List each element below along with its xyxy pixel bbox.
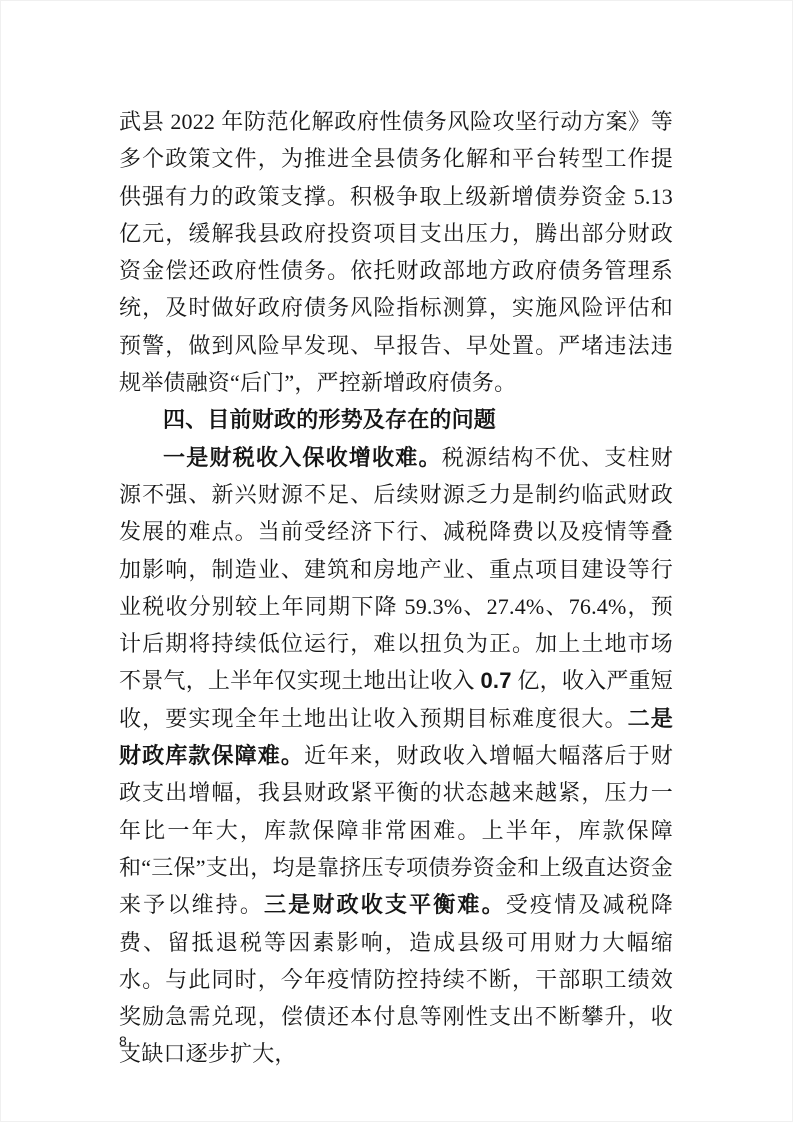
paragraph: 武县 2022 年防范化解政府性债务风险攻坚行动方案》等多个政策文件，为推进全县… [119,103,673,401]
text-run: 武县 2022 年防范化解政府性债务风险攻坚行动方案》等多个政策文件，为推进全县… [119,109,673,395]
bold-text-run: 0.7 [480,668,511,693]
section-heading: 四、目前财政的形势及存在的问题 [119,401,673,438]
document-page: 武县 2022 年防范化解政府性债务风险攻坚行动方案》等多个政策文件，为推进全县… [0,0,793,1122]
text-run: 税源结构不优、支柱财源不强、新兴财源不足、后续财源乏力是制约临武财政发展的难点。… [119,445,673,694]
document-body: 武县 2022 年防范化解政府性债务风险攻坚行动方案》等多个政策文件，为推进全县… [119,103,673,1073]
bold-text-run: 一是财税收入保收增收难。 [163,445,442,470]
bold-text-run: 三是财政收支平衡难。 [264,892,506,917]
page-number: 8 [119,1033,127,1049]
paragraph: 一是财税收入保收增收难。税源结构不优、支柱财源不强、新兴财源不足、后续财源乏力是… [119,439,673,1073]
page-footer: 8 [119,1033,673,1051]
bold-text-run: 四、目前财政的形势及存在的问题 [163,407,496,432]
